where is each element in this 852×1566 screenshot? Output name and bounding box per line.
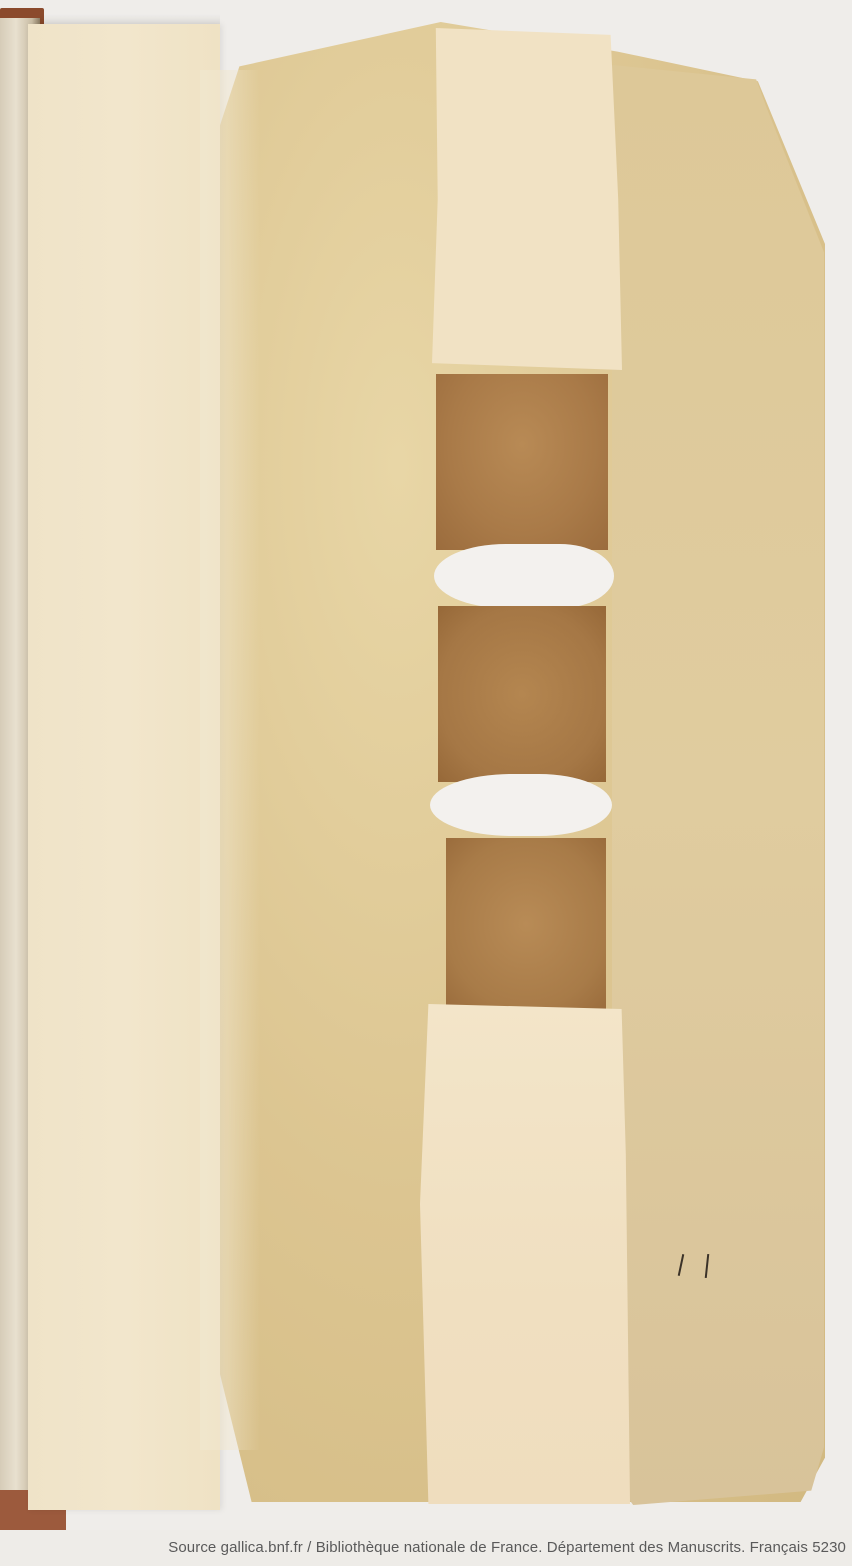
source-caption: Source gallica.bnf.fr / Bibliothèque nat…	[168, 1539, 846, 1556]
parchment-right-panel	[612, 65, 824, 1505]
tissue-guard-edge	[200, 70, 260, 1450]
gap-1	[434, 544, 614, 608]
leather-strip-2	[438, 606, 606, 782]
gap-2	[430, 774, 612, 836]
shadow	[40, 14, 220, 24]
tissue-guard-left	[28, 24, 220, 1510]
leather-strip-3	[446, 838, 606, 1010]
manuscript-photo	[0, 0, 852, 1530]
tissue-repair-bottom	[420, 1004, 630, 1504]
tissue-repair-top	[432, 28, 622, 370]
leather-strip-1	[436, 374, 608, 550]
